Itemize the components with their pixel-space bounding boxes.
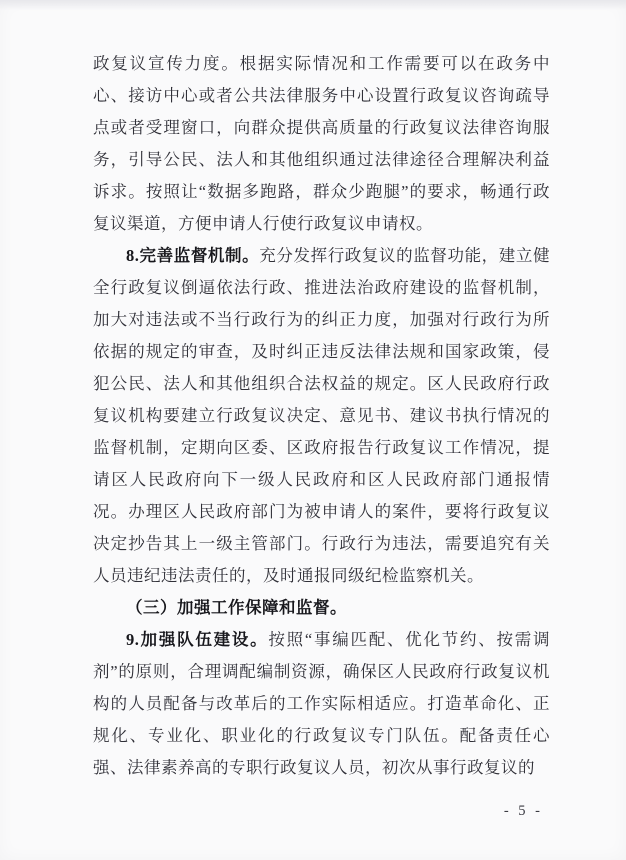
heading-run: （三）加强工作保障和监督。: [126, 598, 347, 617]
paragraph: （三）加强工作保障和监督。: [93, 592, 550, 624]
paragraph: 政复议宣传力度。根据实际情况和工作需要可以在政务中心、接访中心或者公共法律服务中…: [93, 48, 550, 240]
body-run: 按照“事编匹配、优化节约、按需调剂”的原则，合理调配编制资源，确保区人民政府行政…: [93, 630, 550, 777]
document-body: 政复议宣传力度。根据实际情况和工作需要可以在政务中心、接访中心或者公共法律服务中…: [93, 48, 550, 784]
heading-run: 9.加强队伍建设。: [126, 630, 268, 649]
document-page: 政复议宣传力度。根据实际情况和工作需要可以在政务中心、接访中心或者公共法律服务中…: [0, 0, 626, 860]
body-run: 充分发挥行政复议的监督功能，建立健全行政复议倒逼依法行政、推进法治政府建设的监督…: [93, 246, 550, 585]
heading-run: 8.完善监督机制。: [126, 246, 259, 265]
body-run: 政复议宣传力度。根据实际情况和工作需要可以在政务中心、接访中心或者公共法律服务中…: [93, 54, 550, 233]
paragraph: 8.完善监督机制。充分发挥行政复议的监督功能，建立健全行政复议倒逼依法行政、推进…: [93, 240, 550, 592]
paragraph: 9.加强队伍建设。按照“事编匹配、优化节约、按需调剂”的原则，合理调配编制资源，…: [93, 624, 550, 784]
page-number: - 5 -: [0, 803, 543, 820]
